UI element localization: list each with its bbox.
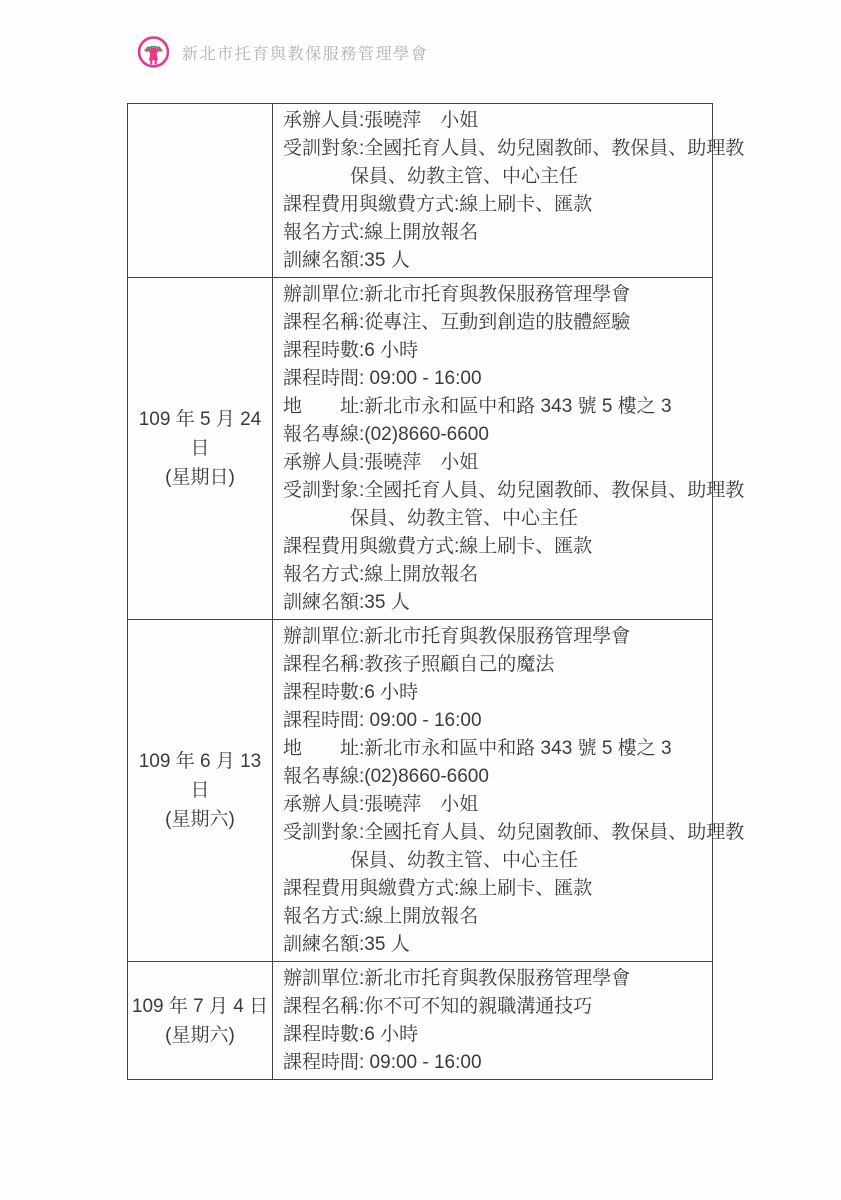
detail-line: 報名方式:線上開放報名 <box>283 903 704 931</box>
schedule-row: 承辦人員:張曉萍 小姐受訓對象:全國托育人員、幼兒園教師、教保員、助理教保員、幼… <box>128 104 713 278</box>
detail-line: 保員、幼教主管、中心主任 <box>350 163 704 191</box>
detail-line: 承辦人員:張曉萍 小姐 <box>283 791 704 819</box>
detail-line: 受訓對象:全國托育人員、幼兒園教師、教保員、助理教 <box>283 477 704 505</box>
detail-line: 保員、幼教主管、中心主任 <box>350 505 704 533</box>
detail-line: 受訓對象:全國托育人員、幼兒園教師、教保員、助理教 <box>283 819 704 847</box>
detail-line: 辦訓單位:新北市托育與教保服務管理學會 <box>283 965 704 993</box>
date-text: 109 年 7 月 4 日 <box>128 992 272 1021</box>
detail-line: 保員、幼教主管、中心主任 <box>350 847 704 875</box>
weekday-text: (星期六) <box>128 805 272 834</box>
org-logo-icon <box>137 35 170 69</box>
detail-line: 課程費用與繳費方式:線上刷卡、匯款 <box>283 533 704 561</box>
date-cell: 109 年 5 月 24 日(星期日) <box>128 278 273 620</box>
detail-line: 地 址:新北市永和區中和路 343 號 5 樓之 3 <box>283 735 704 763</box>
detail-line: 課程時間: 09:00 - 16:00 <box>283 365 704 393</box>
detail-line: 報名專線:(02)8660-6600 <box>283 421 704 449</box>
course-schedule-table: 承辦人員:張曉萍 小姐受訓對象:全國托育人員、幼兒園教師、教保員、助理教保員、幼… <box>127 103 713 1080</box>
date-cell: 109 年 7 月 4 日(星期六) <box>128 962 273 1080</box>
schedule-row: 109 年 5 月 24 日(星期日)辦訓單位:新北市托育與教保服務管理學會課程… <box>128 278 713 620</box>
detail-line: 受訓對象:全國托育人員、幼兒園教師、教保員、助理教 <box>283 135 704 163</box>
detail-line: 地 址:新北市永和區中和路 343 號 5 樓之 3 <box>283 393 704 421</box>
detail-line: 課程時間: 09:00 - 16:00 <box>283 707 704 735</box>
detail-line: 辦訓單位:新北市托育與教保服務管理學會 <box>283 281 704 309</box>
date-cell <box>128 104 273 278</box>
course-details-cell: 辦訓單位:新北市托育與教保服務管理學會課程名稱:從專注、互動到創造的肢體經驗課程… <box>273 278 713 620</box>
detail-line: 課程名稱:教孩子照顧自己的魔法 <box>283 651 704 679</box>
weekday-text: (星期六) <box>128 1021 272 1050</box>
detail-line: 課程費用與繳費方式:線上刷卡、匯款 <box>283 875 704 903</box>
detail-line: 課程時數:6 小時 <box>283 679 704 707</box>
detail-line: 課程時間: 09:00 - 16:00 <box>283 1049 704 1077</box>
detail-line: 課程費用與繳費方式:線上刷卡、匯款 <box>283 191 704 219</box>
detail-line: 承辦人員:張曉萍 小姐 <box>283 107 704 135</box>
course-details-cell: 承辦人員:張曉萍 小姐受訓對象:全國托育人員、幼兒園教師、教保員、助理教保員、幼… <box>273 104 713 278</box>
course-details-cell: 辦訓單位:新北市托育與教保服務管理學會課程名稱:你不可不知的親職溝通技巧課程時數… <box>273 962 713 1080</box>
weekday-text: (星期日) <box>128 463 272 492</box>
detail-line: 報名方式:線上開放報名 <box>283 561 704 589</box>
detail-line: 報名方式:線上開放報名 <box>283 219 704 247</box>
detail-line: 訓練名額:35 人 <box>283 931 704 959</box>
detail-line: 課程名稱:你不可不知的親職溝通技巧 <box>283 993 704 1021</box>
detail-line: 訓練名額:35 人 <box>283 589 704 617</box>
date-cell: 109 年 6 月 13 日(星期六) <box>128 620 273 962</box>
detail-line: 報名專線:(02)8660-6600 <box>283 763 704 791</box>
detail-line: 課程名稱:從專注、互動到創造的肢體經驗 <box>283 309 704 337</box>
date-text: 109 年 6 月 13 日 <box>128 747 272 805</box>
detail-line: 課程時數:6 小時 <box>283 1021 704 1049</box>
course-details-cell: 辦訓單位:新北市托育與教保服務管理學會課程名稱:教孩子照顧自己的魔法課程時數:6… <box>273 620 713 962</box>
schedule-row: 109 年 7 月 4 日(星期六)辦訓單位:新北市托育與教保服務管理學會課程名… <box>128 962 713 1080</box>
detail-line: 承辦人員:張曉萍 小姐 <box>283 449 704 477</box>
detail-line: 訓練名額:35 人 <box>283 247 704 275</box>
org-name: 新北市托育與教保服務管理學會 <box>182 41 428 64</box>
document-page: 新北市托育與教保服務管理學會 承辦人員:張曉萍 小姐受訓對象:全國托育人員、幼兒… <box>0 0 841 1200</box>
detail-line: 辦訓單位:新北市托育與教保服務管理學會 <box>283 623 704 651</box>
date-text: 109 年 5 月 24 日 <box>128 405 272 463</box>
schedule-row: 109 年 6 月 13 日(星期六)辦訓單位:新北市托育與教保服務管理學會課程… <box>128 620 713 962</box>
document-header: 新北市托育與教保服務管理學會 <box>137 35 428 69</box>
detail-line: 課程時數:6 小時 <box>283 337 704 365</box>
